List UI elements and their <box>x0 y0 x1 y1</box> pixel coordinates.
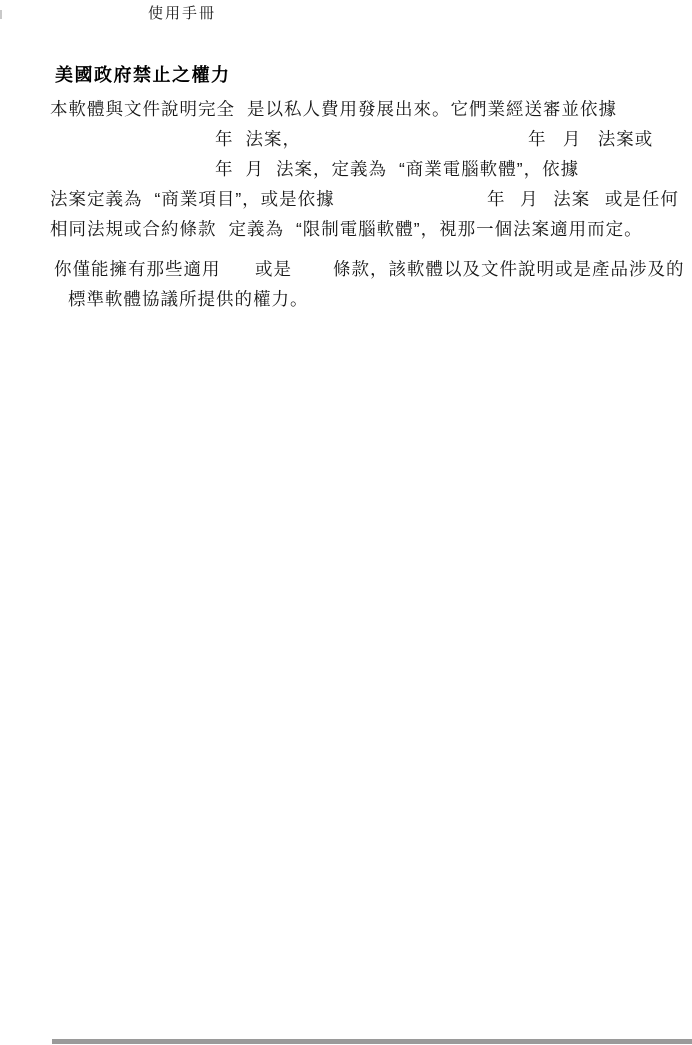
manual-page: 使用手冊 美國政府禁止之權力 本軟體與文件說明完全 是以私人費用發展出來。它們業… <box>0 0 692 1045</box>
body-segment: 年 月 法案 或是任何 <box>487 186 679 211</box>
body-segment: 標準軟體協議所提供的權力。 <box>68 286 309 311</box>
footer-rule <box>52 1039 692 1044</box>
body-segment: 年 法案， <box>215 126 301 151</box>
body-line: 法案定義為 “商業項目”，或是依據 年 月 法案 或是任何 <box>0 186 692 216</box>
body-line: 年 法案， 年 月 法案或 <box>0 126 692 156</box>
body-segment: 本軟體與文件說明完全 是以私人費用發展出來。它們業經送審並依據 <box>50 96 617 121</box>
body-segment: 年 月 法案，定義為 “商業電腦軟體”，依據 <box>215 156 579 181</box>
body-segment: 相同法規或合約條款 定義為 “限制電腦軟體”，視那一個法案適用而定。 <box>50 216 643 241</box>
body-segment: 條款，該軟體以及文件說明或是產品涉及的 <box>333 256 685 281</box>
body-segment: 法案定義為 “商業項目”，或是依據 <box>50 186 335 211</box>
page-header-title: 使用手冊 <box>148 2 216 23</box>
section-heading: 美國政府禁止之權力 <box>55 61 231 87</box>
body-segment: 年 月 法案或 <box>528 126 653 151</box>
body-line: 年 月 法案，定義為 “商業電腦軟體”，依據 <box>0 156 692 186</box>
body-line: 你僅能擁有那些適用 或是 條款，該軟體以及文件說明或是產品涉及的 <box>0 256 692 286</box>
body-segment: 你僅能擁有那些適用 <box>54 256 221 281</box>
body-line: 標準軟體協議所提供的權力。 <box>0 286 692 316</box>
body-line: 本軟體與文件說明完全 是以私人費用發展出來。它們業經送審並依據 <box>0 96 692 126</box>
body-line: 相同法規或合約條款 定義為 “限制電腦軟體”，視那一個法案適用而定。 <box>0 216 692 246</box>
page-edge-mark <box>0 10 2 19</box>
body-segment: 或是 <box>255 256 292 281</box>
